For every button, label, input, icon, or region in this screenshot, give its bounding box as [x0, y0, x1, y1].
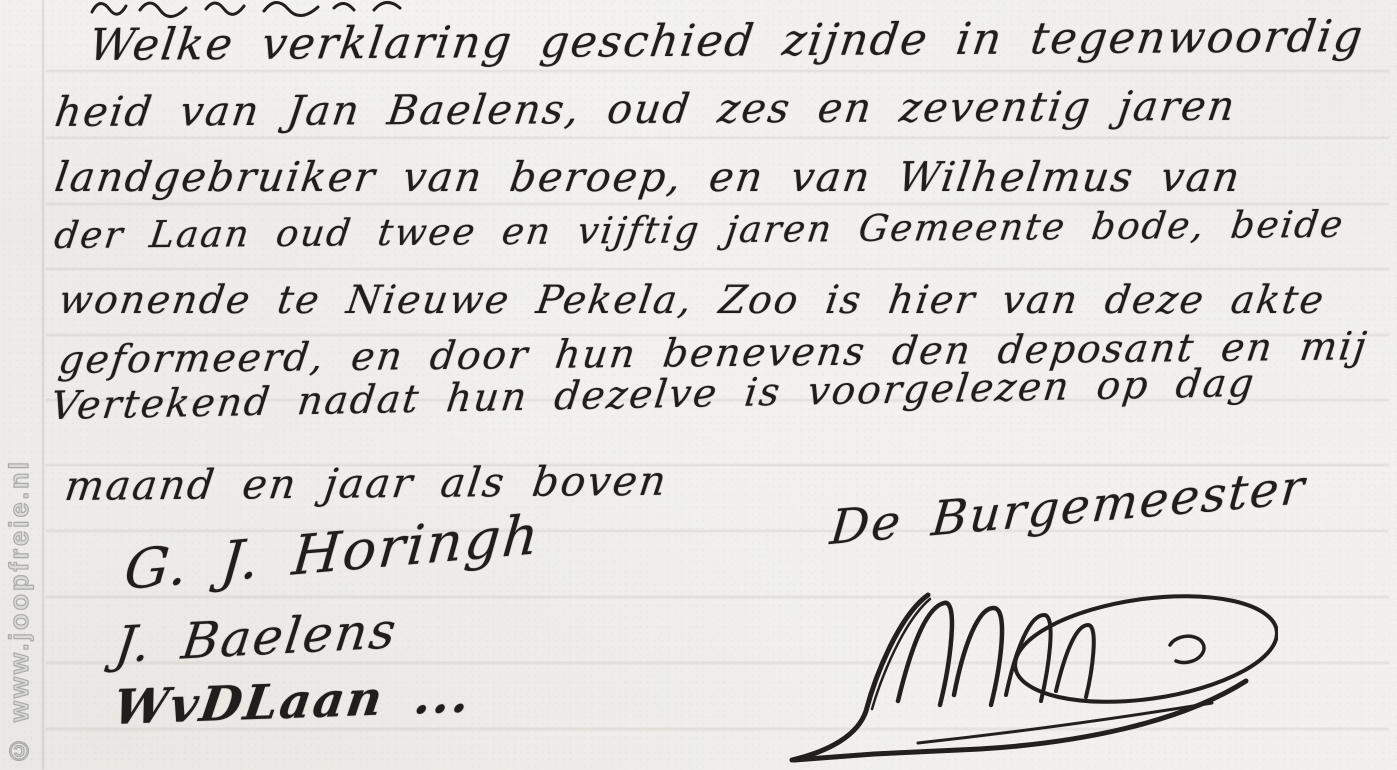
ruled-line: [46, 137, 1389, 139]
clipped-previous-line-fragment: [88, 0, 508, 18]
burgemeester-signature: [778, 553, 1278, 768]
manuscript-line-1: Welke verklaring geschied zijnde in tege…: [86, 11, 1367, 71]
ruled-line: [46, 70, 1389, 72]
manuscript-line-3: landgebruiker van beroep, en van Wilhelm…: [52, 153, 1245, 201]
manuscript-line-8: maand en jaar als boven: [62, 457, 671, 510]
manuscript-line-2: heid van Jan Baelens, oud zes en zeventi…: [52, 82, 1240, 136]
margin-vertical-rule: [42, 0, 44, 770]
watermark-text: © www.joopfreie.nl: [4, 459, 35, 766]
manuscript-line-5: wonende te Nieuwe Pekela, Zoo is hier va…: [56, 278, 1328, 323]
ruled-line: [46, 268, 1389, 270]
